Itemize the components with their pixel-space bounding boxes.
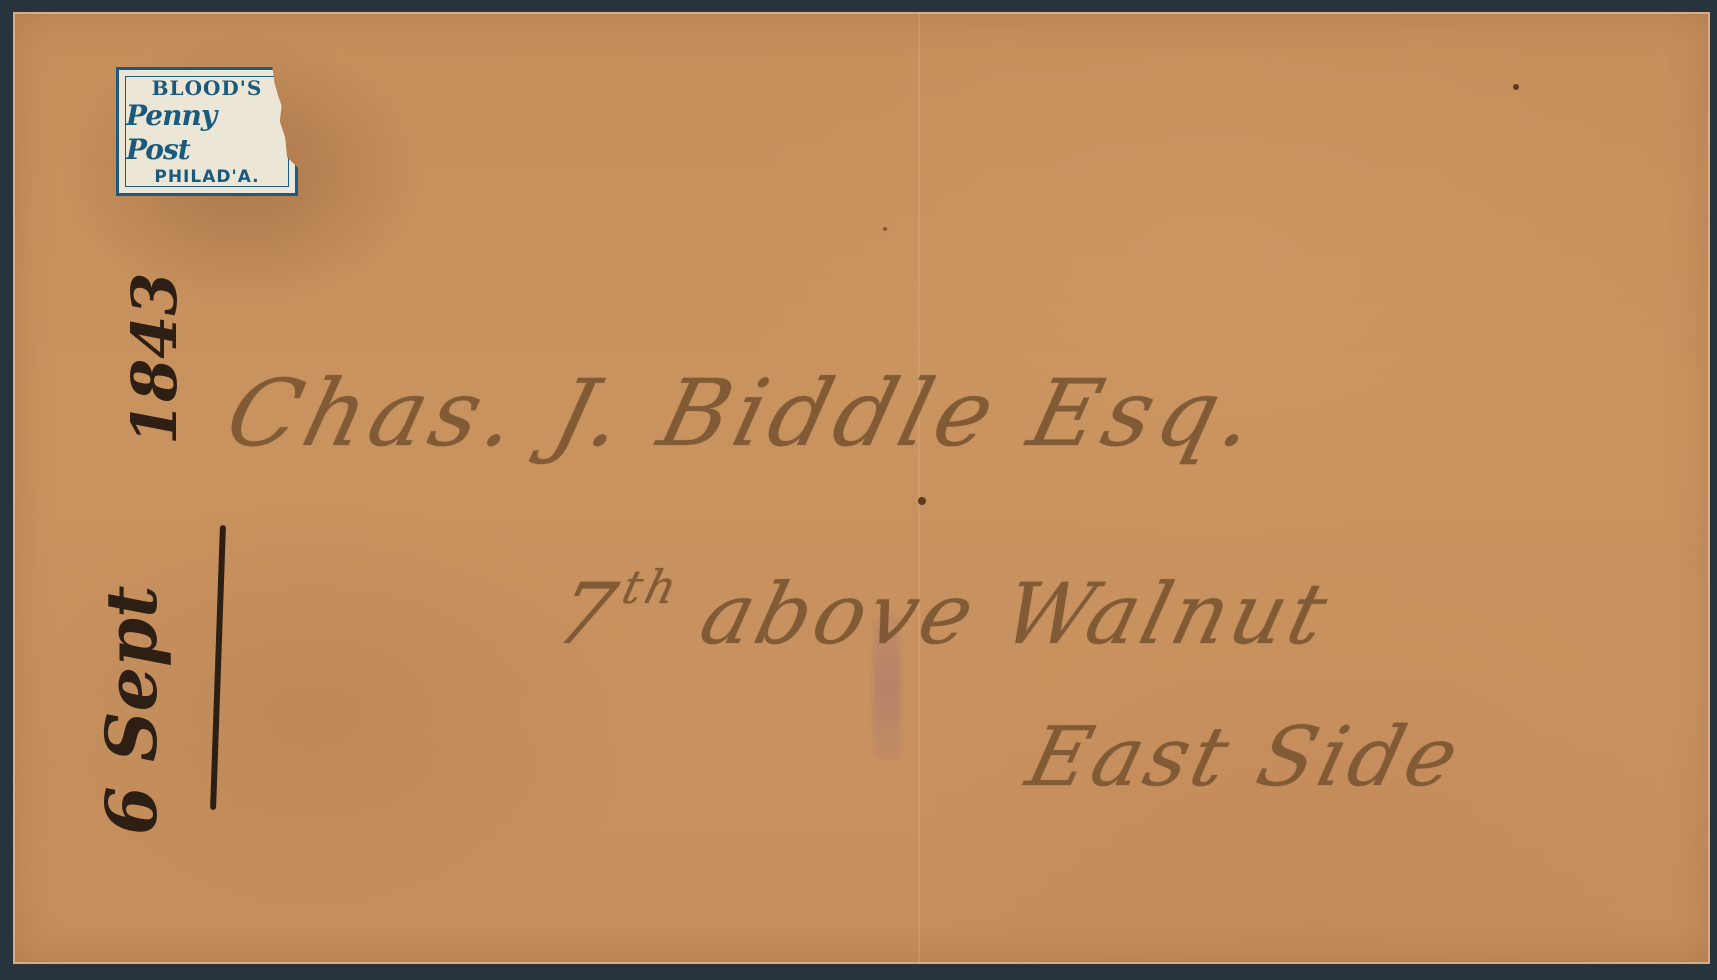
paper-speck <box>1513 84 1519 90</box>
docket-year: 1843 <box>118 272 191 445</box>
bloods-penny-post-stamp: BLOOD'S Penny Post PHILAD'A. <box>116 67 298 196</box>
address-line-street: 7th above Walnut <box>547 560 1341 663</box>
stamp-text-bloods: BLOOD'S <box>152 77 263 99</box>
scan-background: BLOOD'S Penny Post PHILAD'A. Chas. J. Bi… <box>0 0 1717 980</box>
paper-speck <box>883 227 887 231</box>
address-line-name: Chas. J. Biddle Esq. <box>217 360 1273 467</box>
street-description: above Walnut <box>661 565 1340 663</box>
docket-date: 6 Sept <box>90 586 173 835</box>
paper-speck <box>918 497 926 505</box>
stamp-frame: BLOOD'S Penny Post PHILAD'A. <box>125 76 289 187</box>
paper-fold <box>918 12 920 964</box>
address-line-side: East Side <box>1018 710 1471 805</box>
stamp-text-penny-post: Penny Post <box>126 99 288 167</box>
stamp-text-philada: PHILAD'A. <box>154 167 259 187</box>
